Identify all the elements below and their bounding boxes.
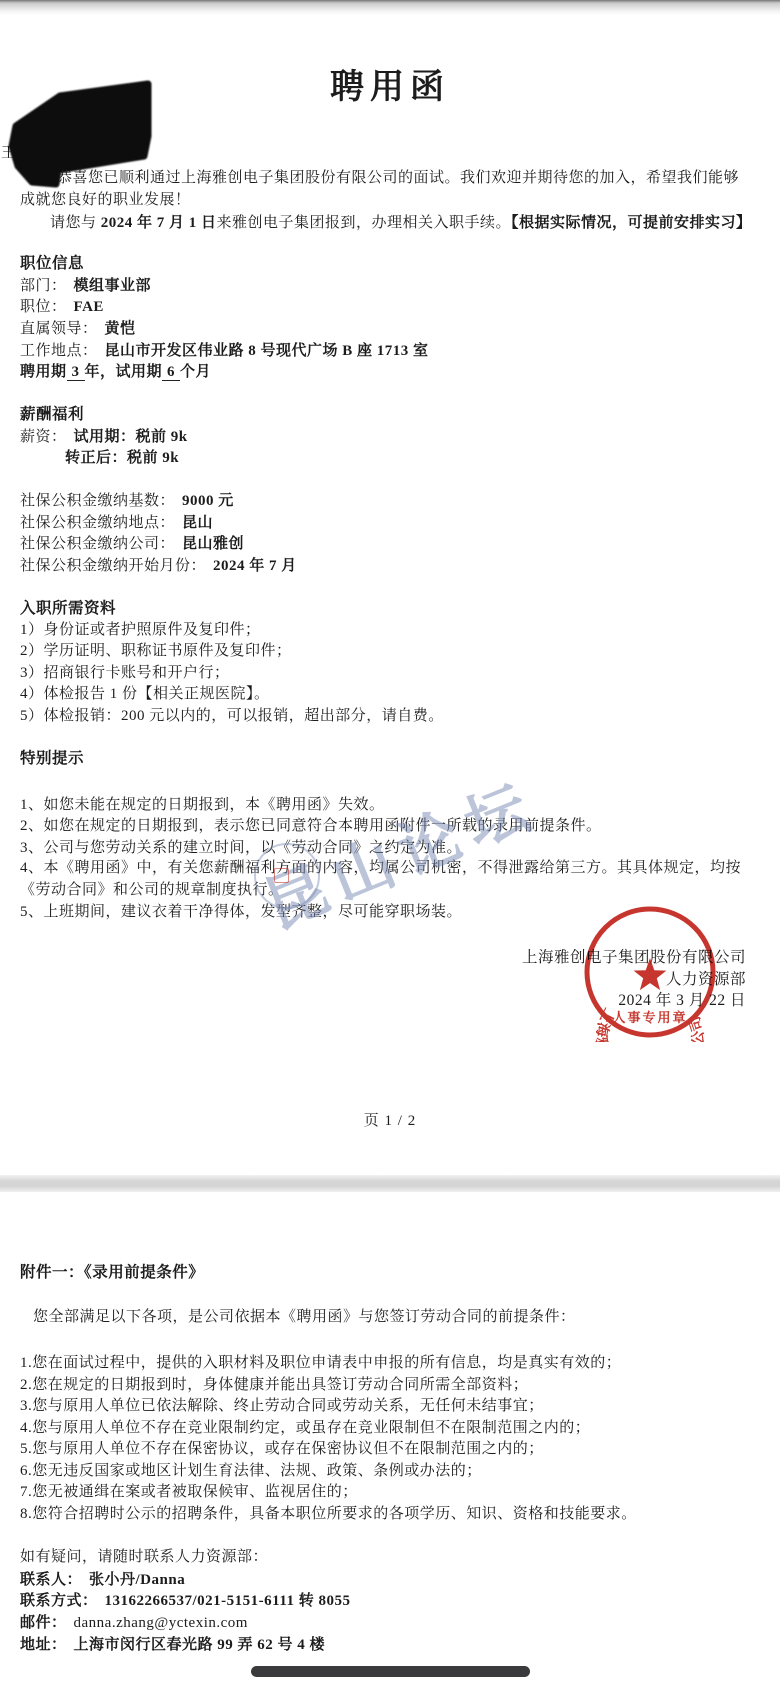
report-post: 来雅创电子集团报到，办理相关入职手续。 [217,215,512,231]
social-row-startmonth: 社保公积金缴纳开始月份：2024 年 7 月 [20,555,297,577]
row-label: 社保公积金缴纳开始月份： [20,558,206,574]
row-value: 2024 年 7 月 [213,558,297,574]
row-label: 直属领导： [20,321,98,337]
note-item: 5、上班期间，建议衣着干净得体，发型齐整，尽可能穿职场装。 [20,901,462,923]
condition-item: 1.您在面试过程中，提供的入职材料及职位申请表中申报的所有信息，均是真实有效的； [20,1352,621,1374]
row-value: 模组事业部 [74,278,152,294]
section-position-heading: 职位信息 [20,253,84,275]
position-term-line: 聘用期3年，试用期6个月 [20,361,211,383]
row-label: 社保公积金缴纳地点： [20,515,175,531]
report-pre: 请您与 [50,215,101,231]
seal-star-icon [634,958,667,990]
row-label: 社保公积金缴纳公司： [20,536,175,552]
social-row-base: 社保公积金缴纳基数：9000 元 [20,490,234,512]
term-years: 3 [67,364,85,381]
document-screenshot: 聘用函 王 恭喜您已顺利通过上海雅创电子集团股份有限公司的面试。我们欢迎并期待您… [0,0,780,1691]
condition-item: 7.您无被通缉在案或者被取保候审、监视居住的； [20,1481,358,1503]
report-line: 请您与 2024 年 7 月 1 日来雅创电子集团报到，办理相关入职手续。【根据… [50,212,752,234]
position-row-dept: 部门：模组事业部 [20,275,151,297]
contact-row-phone: 联系方式：13162266537/021-5151-6111 转 8055 [20,1590,351,1612]
material-item: 5）体检报销：200 元以内的，可以报销，超出部分，请自费。 [20,705,444,727]
forum-watermark-seal-icon [274,868,289,883]
section-notes-heading: 特别提示 [20,748,84,770]
salary-label: 薪资： [20,429,67,445]
position-row-location: 工作地点：昆山市开发区伟业路 8 号现代广场 B 座 1713 室 [20,340,429,362]
row-value: 上海市闵行区春光路 99 弄 62 号 4 楼 [74,1637,326,1653]
material-item: 4）体检报告 1 份【相关正规医院】。 [20,683,270,705]
position-row-manager: 直属领导：黄恺 [20,318,136,340]
row-value: FAE [74,299,104,315]
row-value: danna.zhang@yctexin.com [74,1615,248,1631]
row-value: 昆山雅创 [182,536,244,552]
page-break-divider [0,1175,780,1192]
row-label: 联系人： [20,1572,82,1588]
social-row-place: 社保公积金缴纳地点：昆山 [20,512,213,534]
row-value: 13162266537/021-5151-6111 转 8055 [105,1593,351,1609]
row-label: 邮件： [20,1615,67,1631]
material-item: 1）身份证或者护照原件及复印件； [20,619,261,641]
condition-item: 2.您在规定的日期报到时，身体健康并能出具签订劳动合同所需全部资料； [20,1374,528,1396]
row-label: 地址： [20,1637,67,1653]
contact-intro: 如有疑问，请随时联系人力资源部： [20,1546,268,1568]
salary-probation: 试用期：税前 9k [74,429,188,445]
row-value: 昆山市开发区伟业路 8 号现代广场 B 座 1713 室 [105,343,429,359]
row-value: 黄恺 [105,321,136,337]
attachment-intro: 您全部满足以下各项，是公司依据本《聘用函》与您签订劳动合同的前提条件： [33,1306,576,1328]
condition-item: 3.您与原用人单位已依法解除、终止劳动合同或劳动关系，无任何未结事宜； [20,1395,544,1417]
attachment-heading: 附件一：《录用前提条件》 [20,1262,204,1284]
term-mid: 年，试用期 [85,364,163,380]
note-item: 1、如您未能在规定的日期报到，本《聘用函》失效。 [20,794,385,816]
seal-bottom-text: 人事专用章 [612,1010,687,1025]
condition-item: 6.您无违反国家或地区计划生育法律、法规、政策、条例或办法的； [20,1460,482,1482]
material-item: 3）招商银行卡账号和开户行； [20,662,230,684]
term-months: 6 [162,364,180,381]
condition-item: 8.您符合招聘时公示的招聘条件，具备本职位所要求的各项学历、知识、资格和技能要求… [20,1503,637,1525]
material-item: 2）学历证明、职称证书原件及复印件； [20,640,292,662]
condition-item: 4.您与原用人单位不存在竞业限制约定，或虽存在竞业限制但不在限制范围之内的； [20,1417,590,1439]
row-label: 社保公积金缴纳基数： [20,493,175,509]
report-bracket: 【根据实际情况，可提前安排实习】 [511,215,752,231]
position-row-title: 职位：FAE [20,296,104,318]
report-date: 2024 年 7 月 1 日 [101,215,217,231]
condition-item: 5.您与原用人单位不存在保密协议，或存在保密协议但不在限制范围之内的； [20,1438,544,1460]
term-pre: 聘用期 [20,364,67,380]
contact-row-address: 地址：上海市闵行区春光路 99 弄 62 号 4 楼 [20,1634,325,1656]
term-post: 个月 [180,364,211,380]
salary-probation-line: 薪资：试用期：税前 9k [20,426,188,448]
section-salary-heading: 薪酬福利 [20,404,84,426]
greeting-paragraph: 恭喜您已顺利通过上海雅创电子集团股份有限公司的面试。我们欢迎并期待您的加入，希望… [20,168,748,211]
contact-row-person: 联系人：张小丹/Danna [20,1569,185,1591]
contact-row-email: 邮件：danna.zhang@yctexin.com [20,1612,248,1634]
row-value: 9000 元 [182,493,234,509]
row-label: 工作地点： [20,343,98,359]
social-row-company: 社保公积金缴纳公司：昆山雅创 [20,533,244,555]
salary-regular-line: 转正后：税前 9k [65,447,179,469]
section-materials-heading: 入职所需资料 [20,598,116,620]
company-seal-stamp: 上海雅创电子集团股份有限公司 人事专用章 [580,902,720,1042]
home-indicator[interactable] [251,1666,530,1677]
top-shadow [0,0,780,15]
row-label: 职位： [20,299,67,315]
row-value: 张小丹/Danna [89,1572,185,1588]
row-value: 昆山 [182,515,213,531]
row-label: 部门： [20,278,67,294]
row-label: 联系方式： [20,1593,98,1609]
page-number: 页 1 / 2 [0,1109,780,1130]
